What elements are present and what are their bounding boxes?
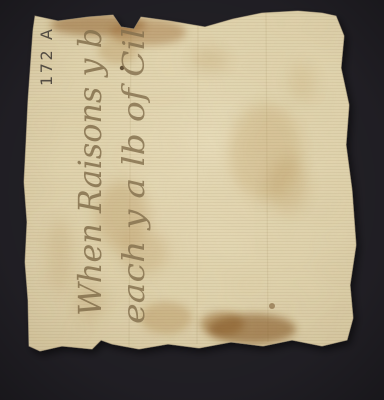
stain-left-edge <box>48 217 72 293</box>
photograph: When Raisons y b each y a lb of Cil 172 … <box>0 0 384 400</box>
stain-bottom-large <box>208 314 296 344</box>
paper-surface: When Raisons y b each y a lb of Cil 172 … <box>18 6 362 358</box>
handwriting-line-2: each y a lb of Cil <box>117 28 152 324</box>
stain-faint-right-upper <box>288 62 316 102</box>
photo-canvas: When Raisons y b each y a lb of Cil 172 … <box>0 0 384 400</box>
laid-paper-lines <box>18 6 362 358</box>
stain-right-middle-2 <box>268 157 308 213</box>
archive-number: 172 A <box>37 28 56 86</box>
handwriting-line-1: When Raisons y b <box>71 28 109 316</box>
stain-faint-upper <box>192 48 228 72</box>
small-speck <box>269 303 275 309</box>
